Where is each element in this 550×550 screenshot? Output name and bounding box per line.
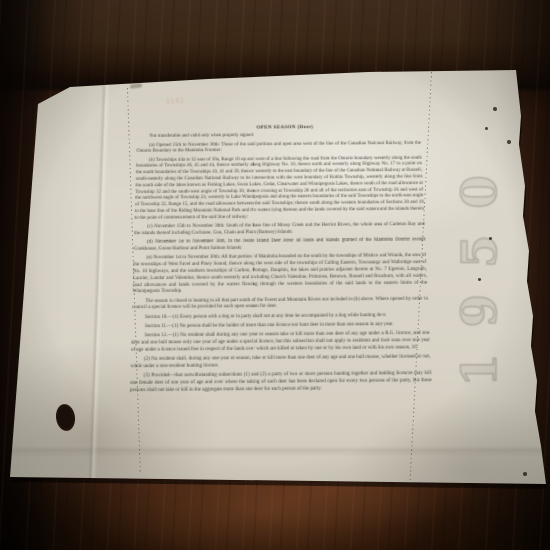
clause-e: (e) November 1st to November 30th: All t… <box>132 253 427 296</box>
clause-c: (c) November 15th to November 30th: Sout… <box>134 222 425 238</box>
clause-a: (a) Opened 15th to November 30th: Those … <box>136 141 421 156</box>
photo-of-document: OPEN SEASON (Deer) Not transferable and … <box>0 0 550 550</box>
ink-speck <box>493 107 497 111</box>
section-10: Section 10.—(1) Every person with a dog … <box>132 312 429 321</box>
section-11: Section 11.—(1) No person shall be the h… <box>131 322 429 331</box>
section-12: Section 12.—(1) No resident shall during… <box>131 331 431 354</box>
clause-b: (b) Townships 44a to 32 east of 39a, Ran… <box>135 156 425 223</box>
document-text: OPEN SEASON (Deer) Not transferable and … <box>121 118 442 450</box>
ink-speck <box>478 278 481 281</box>
document-title: OPEN SEASON (Deer) <box>137 124 420 133</box>
intro-line: Not transferable and valid only when pro… <box>137 132 421 141</box>
closing-paragraph: The season is closed to hunting in all t… <box>132 296 428 312</box>
ink-speck <box>485 127 488 130</box>
faint-red-stamp: 1141 <box>166 98 185 106</box>
clause-d: (d) November 1st to November 30th, in th… <box>134 238 426 254</box>
section-12-sub2: (2) No resident shall, during any one ye… <box>130 355 431 372</box>
ink-speck <box>507 140 511 144</box>
ink-speck <box>489 237 492 240</box>
section-12-sub3: (3) Provided—that notwithstanding subsec… <box>130 371 433 395</box>
serial-stamp-1950: 1950 <box>450 143 510 393</box>
ink-speck <box>523 472 527 476</box>
